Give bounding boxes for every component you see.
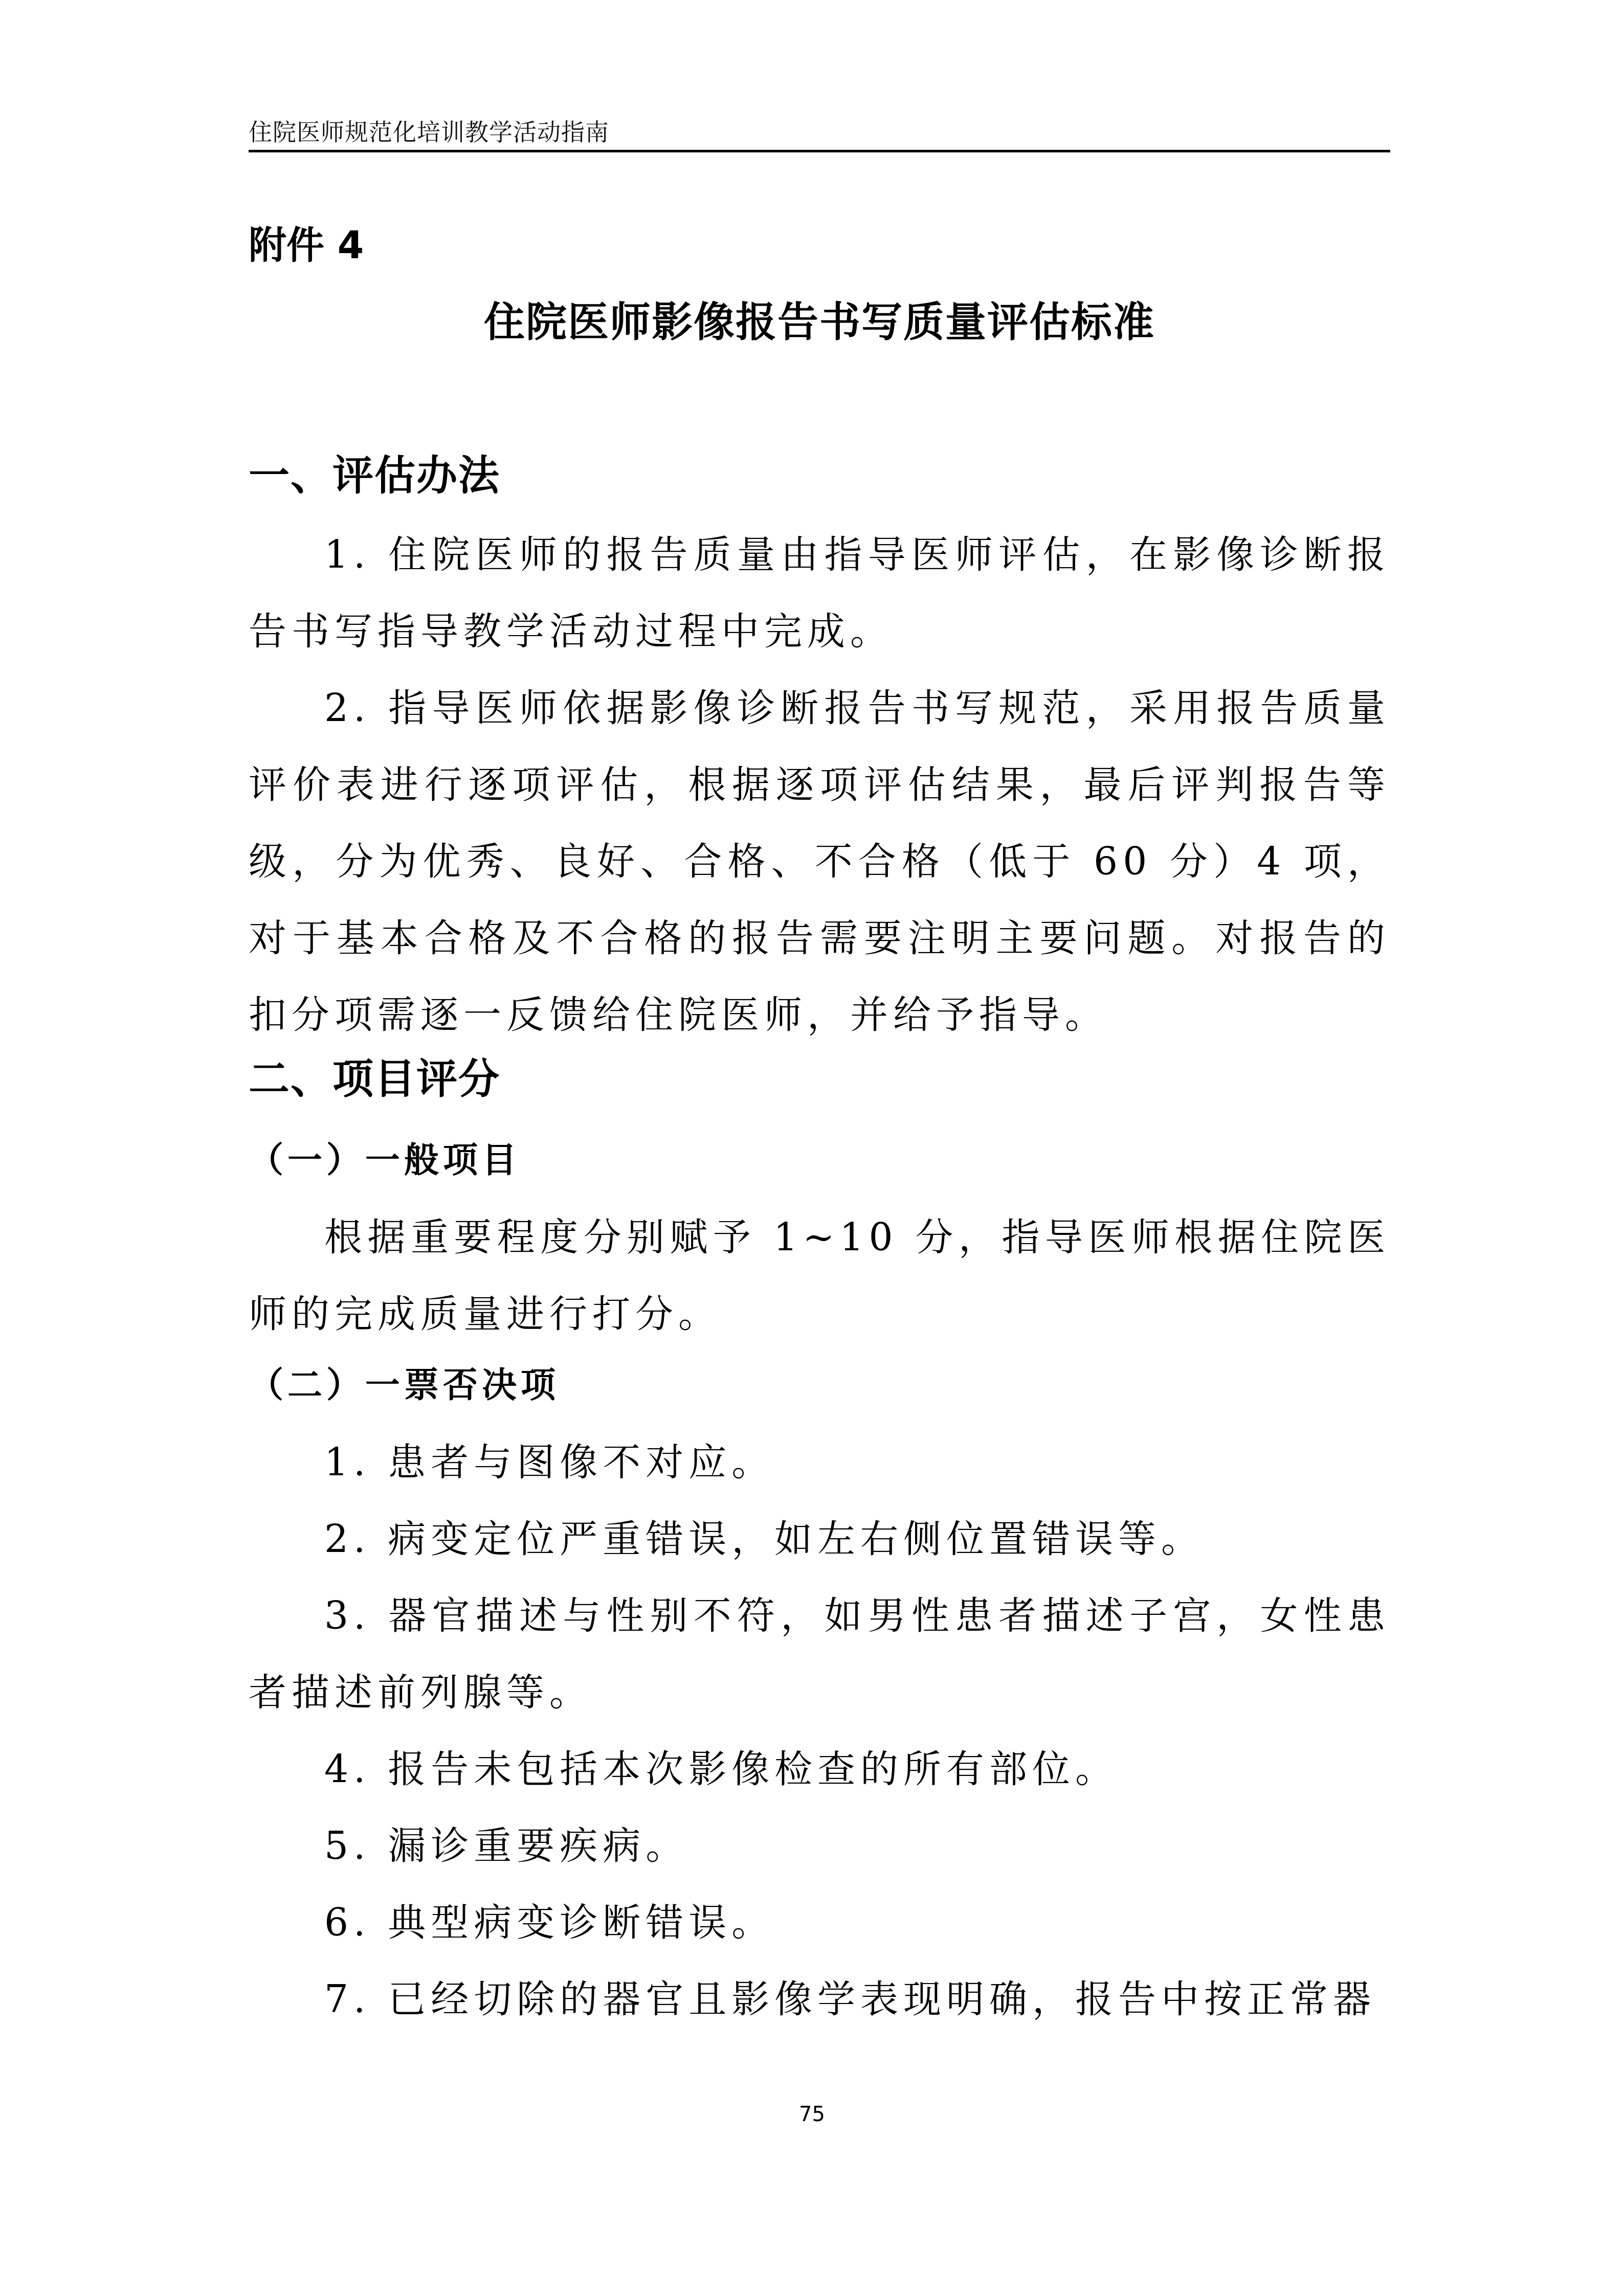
subsection-heading-general-items: （一）一般项目 — [249, 1138, 521, 1184]
veto-item-1: 1. 患者与图像不对应。 — [249, 1424, 1390, 1501]
header-rule — [249, 150, 1390, 152]
section-heading-evaluation-method: 一、评估办法 — [249, 450, 500, 501]
attachment-label: 附件 4 — [249, 222, 364, 268]
paragraph-method-2: 2. 指导医师依据影像诊断报告书写规范，采用报告质量评价表进行逐项评估，根据逐项… — [249, 670, 1390, 1053]
veto-item-7: 7. 已经切除的器官且影像学表现明确，报告中按正常器 — [249, 1961, 1390, 2038]
page-number: 75 — [0, 2102, 1624, 2127]
subsection-heading-veto-items: （二）一票否决项 — [249, 1363, 560, 1409]
paragraph-general-items: 根据重要程度分别赋予 1~10 分，指导医师根据住院医师的完成质量进行打分。 — [249, 1199, 1390, 1353]
veto-item-5: 5. 漏诊重要疾病。 — [249, 1808, 1390, 1884]
veto-item-4: 4. 报告未包括本次影像检查的所有部位。 — [249, 1731, 1390, 1808]
document-title: 住院医师影像报告书写质量评估标准 — [249, 297, 1390, 348]
veto-item-3: 3. 器官描述与性别不符，如男性患者描述子宫，女性患者描述前列腺等。 — [249, 1578, 1390, 1731]
veto-item-2: 2. 病变定位严重错误，如左右侧位置错误等。 — [249, 1501, 1390, 1578]
running-header: 住院医师规范化培训教学活动指南 — [249, 117, 609, 147]
paragraph-method-1: 1. 住院医师的报告质量由指导医师评估，在影像诊断报告书写指导教学活动过程中完成… — [249, 516, 1390, 670]
veto-item-6: 6. 典型病变诊断错误。 — [249, 1884, 1390, 1961]
section-heading-item-scoring: 二、项目评分 — [249, 1053, 500, 1105]
